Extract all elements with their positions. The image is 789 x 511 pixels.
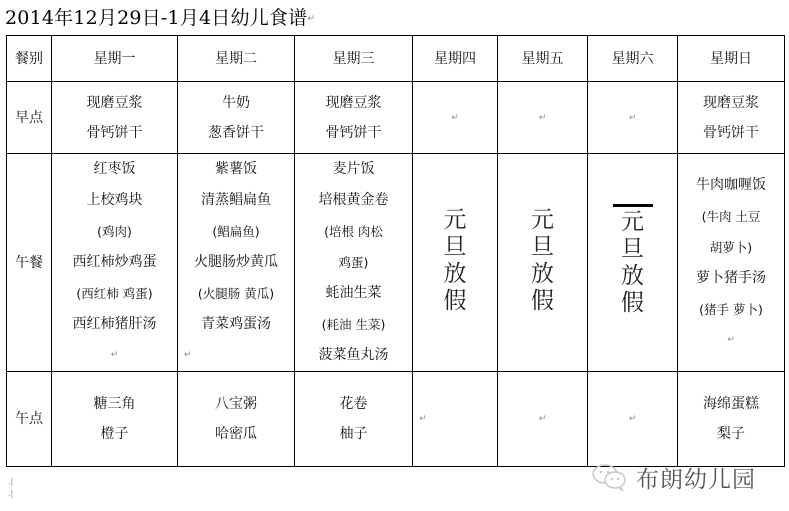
breakfast-wed: 现磨豆浆 骨钙饼干 — [295, 82, 413, 154]
menu-item: 八宝粥 — [178, 389, 294, 419]
snack-fri: ↵ — [498, 372, 588, 467]
snack-tue: 八宝粥 哈密瓜 — [178, 372, 295, 467]
menu-item: 糖三角 — [52, 389, 177, 419]
ingredients: 鸡蛋) — [295, 247, 412, 278]
holiday-char: 放 — [613, 263, 653, 290]
menu-item: 现磨豆浆 — [295, 88, 412, 118]
lunch-tue: 紫薯饭 清蒸鲳扁鱼 (鲳扁鱼) 火腿肠炒黄瓜 (火腿肠 黄瓜) 青菜鸡蛋汤 ↵ — [178, 154, 295, 372]
row-label: 早点 — [15, 110, 43, 126]
menu-item: 蚝油生菜 — [295, 278, 412, 309]
breakfast-sun: 现磨豆浆 骨钙饼干 — [678, 82, 785, 154]
day-header-sat: 星期六 — [588, 36, 678, 82]
menu-item: 西红柿炒鸡蛋 — [52, 247, 177, 278]
snack-wed: 花卷 柚子 — [295, 372, 413, 467]
menu-item: 紫薯饭 — [178, 154, 294, 185]
menu-item: 上校鸡块 — [52, 185, 177, 216]
snack-mon: 糖三角 橙子 — [52, 372, 178, 467]
menu-item: 青菜鸡蛋汤 — [178, 309, 294, 340]
day-header-wed: 星期三 — [295, 36, 413, 82]
menu-item: 柚子 — [295, 419, 412, 449]
holiday-char: 元 — [444, 207, 467, 234]
menu-item: 骨钙饼干 — [678, 118, 784, 148]
menu-item: 萝卜猪手汤 — [678, 263, 784, 294]
menu-item: 现磨豆浆 — [678, 88, 784, 118]
lunch-mon: 红枣饭 上校鸡块 (鸡肉) 西红柿炒鸡蛋 (西红柿 鸡蛋) 西红柿猪肝汤 ↵ — [52, 154, 178, 372]
snack-sat: ↵ — [588, 372, 678, 467]
menu-item: 西红柿猪肝汤 — [52, 309, 177, 340]
menu-item: 哈密瓜 — [178, 419, 294, 449]
menu-item: 橙子 — [52, 419, 177, 449]
lunch-label: 午餐 — [7, 154, 52, 372]
lunch-sun: 牛肉咖喱饭 (牛肉 土豆 胡萝卜) 萝卜猪手汤 (猪手 萝卜) ↵ — [678, 154, 785, 372]
lunch-wed: 麦片饭 培根黄金卷 (培根 肉松 鸡蛋) 蚝油生菜 (耗油 生菜) 菠菜鱼丸汤 — [295, 154, 413, 372]
paragraph-mark: ↵ — [52, 340, 177, 371]
holiday-char: 放 — [444, 261, 467, 288]
breakfast-label: 早点 — [7, 82, 52, 154]
menu-item: 清蒸鲳扁鱼 — [178, 185, 294, 216]
lunch-row: 午餐 红枣饭 上校鸡块 (鸡肉) 西红柿炒鸡蛋 (西红柿 鸡蛋) 西红柿猪肝汤 … — [7, 154, 785, 372]
day-label: 星期五 — [522, 51, 564, 67]
breakfast-sat: ↵ — [588, 82, 678, 154]
day-header-mon: 星期一 — [52, 36, 178, 82]
menu-item: 培根黄金卷 — [295, 185, 412, 216]
day-label: 星期四 — [434, 51, 476, 67]
row-label: 午餐 — [15, 255, 43, 271]
ingredients: (鸡肉) — [52, 216, 177, 247]
meal-header: 餐别 — [7, 36, 52, 82]
day-header-sun: 星期日 — [678, 36, 785, 82]
day-header-fri: 星期五 — [498, 36, 588, 82]
paragraph-mark: ↵ — [307, 14, 315, 24]
meal-header-label: 餐别 — [15, 51, 43, 67]
ingredients: (火腿肠 黄瓜) — [178, 278, 294, 309]
row-label: 午点 — [15, 411, 43, 427]
ingredients: (耗油 生菜) — [295, 309, 412, 340]
snack-sun: 海绵蛋糕 梨子 — [678, 372, 785, 467]
snack-thu: ↵ — [413, 372, 498, 467]
day-label: 星期六 — [612, 51, 654, 67]
menu-item: 牛肉咖喱饭 — [678, 170, 784, 201]
menu-item: 梨子 — [678, 419, 784, 449]
holiday-char: 假 — [444, 288, 467, 315]
ingredients: 胡萝卜) — [678, 232, 784, 263]
ingredients: (鲳扁鱼) — [178, 216, 294, 247]
day-label: 星期一 — [94, 51, 136, 67]
paragraph-mark: ↵ — [678, 325, 784, 356]
holiday-char: 旦 — [444, 234, 467, 261]
menu-item: 花卷 — [295, 389, 412, 419]
holiday-notice: 元 旦 放 假 — [444, 207, 467, 315]
paragraph-mark: .| — [8, 478, 13, 486]
menu-item: 菠菜鱼丸汤 — [295, 340, 412, 371]
holiday-char: 元 — [613, 209, 653, 236]
holiday-char: 旦 — [531, 234, 554, 261]
lunch-thu: 元 旦 放 假 — [413, 154, 498, 372]
page-title: 2014年12月29日-1月4日幼儿食谱↵ — [5, 4, 315, 32]
snack-row: 午点 糖三角 橙子 八宝粥 哈密瓜 花卷 柚子 ↵ ↵ ↵ 海绵蛋糕 梨子 — [7, 372, 785, 467]
lunch-fri: 元 旦 放 假 — [498, 154, 588, 372]
watermark: 布朗幼儿园 — [590, 462, 756, 492]
holiday-char: 元 — [531, 207, 554, 234]
holiday-notice: 元 旦 放 假 — [531, 207, 554, 315]
menu-item: 现磨豆浆 — [52, 88, 177, 118]
holiday-char: 假 — [613, 290, 653, 317]
watermark-text: 布朗幼儿园 — [636, 461, 756, 494]
menu-item: 海绵蛋糕 — [678, 389, 784, 419]
breakfast-tue: 牛奶 葱香饼干 — [178, 82, 295, 154]
paragraph-mark: ↵ — [539, 113, 547, 123]
paragraph-mark: ↵ — [178, 340, 294, 371]
title-text: 2014年12月29日-1月4日幼儿食谱 — [5, 7, 307, 29]
day-label: 星期日 — [710, 51, 752, 67]
holiday-char: 旦 — [613, 236, 653, 263]
paragraph-mark: ↵ — [451, 113, 459, 123]
breakfast-row: 早点 现磨豆浆 骨钙饼干 牛奶 葱香饼干 现磨豆浆 骨钙饼干 ↵ ↵ ↵ 现磨豆… — [7, 82, 785, 154]
ingredients: (猪手 萝卜) — [678, 294, 784, 325]
snack-label: 午点 — [7, 372, 52, 467]
overline-mark — [613, 204, 653, 207]
holiday-notice: 元 旦 放 假 — [613, 204, 653, 317]
menu-item: 葱香饼干 — [178, 118, 294, 148]
day-header-thu: 星期四 — [413, 36, 498, 82]
menu-item: 火腿肠炒黄瓜 — [178, 247, 294, 278]
wechat-icon — [590, 462, 630, 492]
day-label: 星期三 — [333, 51, 375, 67]
lunch-sat: 元 旦 放 假 — [588, 154, 678, 372]
holiday-char: 放 — [531, 261, 554, 288]
menu-item: 麦片饭 — [295, 154, 412, 185]
breakfast-fri: ↵ — [498, 82, 588, 154]
day-header-tue: 星期二 — [178, 36, 295, 82]
header-row: 餐别 星期一 星期二 星期三 星期四 星期五 星期六 星期日 — [7, 36, 785, 82]
ingredients: (培根 肉松 — [295, 216, 412, 247]
paragraph-mark: ↵ — [539, 414, 547, 424]
paragraph-mark: .| — [8, 490, 13, 498]
menu-item: 红枣饭 — [52, 154, 177, 185]
paragraph-mark: ↵ — [629, 414, 637, 424]
day-label: 星期二 — [215, 51, 257, 67]
menu-item: 骨钙饼干 — [52, 118, 177, 148]
menu-item: 牛奶 — [178, 88, 294, 118]
holiday-char: 假 — [531, 288, 554, 315]
ingredients: (牛肉 土豆 — [678, 201, 784, 232]
paragraph-mark: ↵ — [419, 414, 427, 424]
menu-item: 骨钙饼干 — [295, 118, 412, 148]
paragraph-mark: ↵ — [629, 113, 637, 123]
breakfast-thu: ↵ — [413, 82, 498, 154]
breakfast-mon: 现磨豆浆 骨钙饼干 — [52, 82, 178, 154]
menu-table: 餐别 星期一 星期二 星期三 星期四 星期五 星期六 星期日 早点 现磨豆浆 骨… — [6, 35, 785, 467]
ingredients: (西红柿 鸡蛋) — [52, 278, 177, 309]
